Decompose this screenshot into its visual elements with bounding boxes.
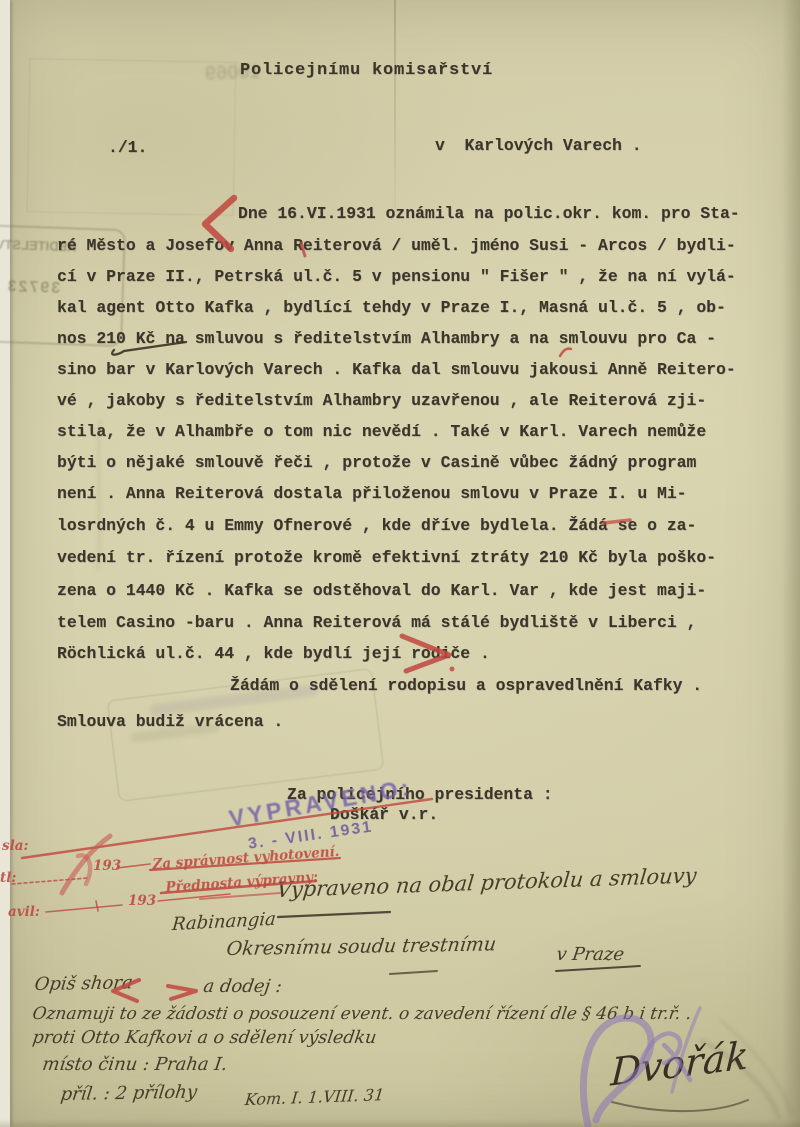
handwritten-word: Rabinangia [171,909,277,936]
red-form-row1-year: 193 [93,858,121,874]
red-dot [450,667,455,672]
red-pencil-scrawl [78,855,90,884]
body-line: Žádám o sdělení rodopisu a ospravedlnění… [230,676,702,695]
red-form-row3-year: 193 [128,893,156,909]
body-line: losrdných č. 4 u Emmy Ofnerové , kde dří… [57,516,696,535]
red-form-rule [46,905,122,912]
body-line: vedení tr. řízení protože kromě efektivn… [57,548,716,567]
body-line: nos 210 Kč na smluvou s ředitelstvím Alh… [57,329,716,348]
ink-underline-fragment [390,971,437,974]
red-form-separator [96,901,98,911]
handwritten-crime-scene-line: místo činu : Praha I. [41,1054,229,1075]
handwritten-report-line: Oznamuji to ze žádosti o posouzení event… [31,1004,693,1024]
body-line: ré Město a Josefov Anna Reiterová / uměl… [57,236,736,255]
body-line: telem Casino -baru . Anna Reiterová má s… [57,613,696,632]
body-line: vé , jakoby s ředitelstvím Alhambry uzav… [57,391,706,410]
ink-underline-v-praze [556,966,640,971]
handwritten-signature: Dvořák [610,1033,750,1095]
handwritten-date-initials: Kom. I. 1.VIII. 31 [244,1085,385,1109]
body-line: Smlouva budiž vrácena . [57,712,283,731]
body-line: sino bar v Karlových Varech . Kafka dal … [57,360,736,379]
handwritten-court-line: Okresnímu soudu trestnímu [225,933,497,960]
red-form-row3-label: avil: [8,904,40,920]
red-form-row1-label: sla: [2,838,28,854]
red-form-row2-label: tl: [0,870,16,886]
handwritten-against-kafka-line: proti Otto Kafkovi a o sdělení výsledku [31,1028,378,1048]
handwritten-copy-instruction: Opiš shora [33,972,134,995]
paper-fold-crease [394,0,396,212]
body-line: býti o nějaké smlouvě řeči , protože v C… [57,453,696,472]
body-line: stila, že v Alhambře o tom nic nevědí . … [57,422,706,441]
red-accent-mark [560,349,571,356]
body-line: Dne 16.VI.1931 oznámila na polic.okr. ko… [238,204,740,223]
handwritten-in-prague: v Praze [555,944,625,965]
body-line: není . Anna Reiterová dostala přiloženou… [57,484,687,503]
handwritten-add-instruction: a dodej : [202,976,283,997]
red-form-rule [117,864,150,868]
reference-mark: ./1. [108,138,147,157]
red-insert-close-chevron [168,986,196,999]
body-line: zena o 1440 Kč . Kafka se odstěhoval do … [57,581,706,600]
red-correctness-stamp: Za správnost vyhotovení. [152,844,340,873]
scan-edge-bottom [0,1119,800,1127]
red-form-rule [12,878,88,884]
handwritten-enclosures-line: příl. : 2 přílohy [59,1082,198,1105]
body-line: Röchlická ul.č. 44 , kde bydlí její rodi… [57,644,490,663]
place-line: v Karlových Varech . [435,136,642,155]
body-line: kal agent Otto Kafka , bydlící tehdy v P… [57,298,726,317]
body-line: cí v Praze II., Petrská ul.č. 5 v pensio… [57,267,736,286]
letter-heading: Policejnímu komisařství [240,61,493,80]
handwritten-dispatch-note: Vypraveno na obal protokolu a smlouvy [275,863,697,902]
scan-edge-right [782,0,800,1127]
scan-edge-left [0,0,10,1127]
ink-underline-vypraveno [278,912,390,917]
signature-flourish [612,1100,748,1111]
red-strikethrough [200,893,280,899]
scanned-letter-page: 10069 ŘEDITELSTVÍ 39723 Policejnímu komi… [0,0,800,1127]
